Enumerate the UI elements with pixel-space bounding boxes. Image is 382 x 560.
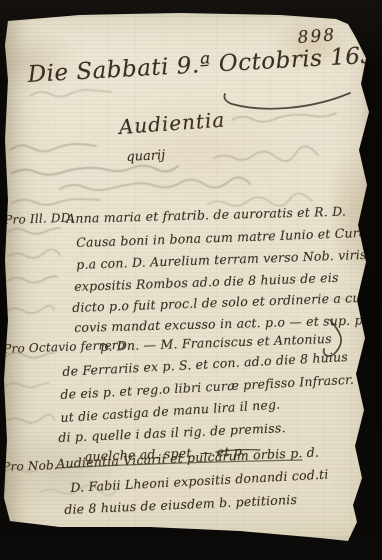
entry-line: dicto p.o fuit proc.l de solo et ordiner…	[72, 289, 380, 315]
entry-line: de eis p. et reg.o libri curæ prefisso I…	[60, 372, 354, 402]
entry-margin-note: Pro Octavio ferrero	[3, 338, 125, 356]
entry-line: p. Dn. — M. Franciscus et Antonius	[100, 331, 332, 354]
entry-line: Causa boni in bona cum matre Iunio et Cu…	[76, 224, 382, 250]
entry-line: covis mandat excusso in act. p.o — et su…	[74, 312, 382, 335]
entry-line: die 8 huius de eiusdem b. petitionis	[64, 492, 297, 517]
manuscript-page: 898 Die Sabbati 9.ª Octobris 1632 Audien…	[0, 0, 382, 560]
entry-line: di p. quelle i das il rig. de premiss.	[58, 420, 286, 445]
entry-line: expositis Rombos ad.o die 8 huius de eis	[74, 270, 339, 294]
date-heading: Die Sabbati 9.ª Octobris 1632	[27, 42, 382, 88]
session-subtitle: quarij	[126, 148, 166, 165]
entry-line: de Ferrariis ex p. S. et con. ad.o die 8…	[62, 349, 348, 379]
entry-line: p.a con. D. Aurelium terram verso Nob. v…	[76, 247, 367, 272]
entry-line: quelche ad. spet. — et p.	[84, 443, 246, 464]
paper-edge-shading	[0, 0, 382, 560]
ink-flourishes	[0, 0, 382, 560]
folio-number: 898	[297, 25, 337, 48]
entry-line: Audientia Vicarii et pulcarum orbis p. d…	[56, 445, 319, 471]
entry-margin-note: Pro Ill. DD.	[4, 211, 74, 227]
entry-line: ut die castiga de manu lira il neg.	[60, 397, 281, 425]
entry-line: D. Fabii Lheoni expositis donandi cod.ti	[70, 466, 329, 495]
entry-margin-note: Pro Nob.	[2, 458, 58, 474]
ink-bleed-through	[0, 0, 382, 560]
session-title: Audientia	[118, 108, 226, 139]
entry-line: Anna maria et fratrib. de auroratis et R…	[66, 204, 346, 226]
manuscript-photo: 898 Die Sabbati 9.ª Octobris 1632 Audien…	[0, 0, 382, 560]
